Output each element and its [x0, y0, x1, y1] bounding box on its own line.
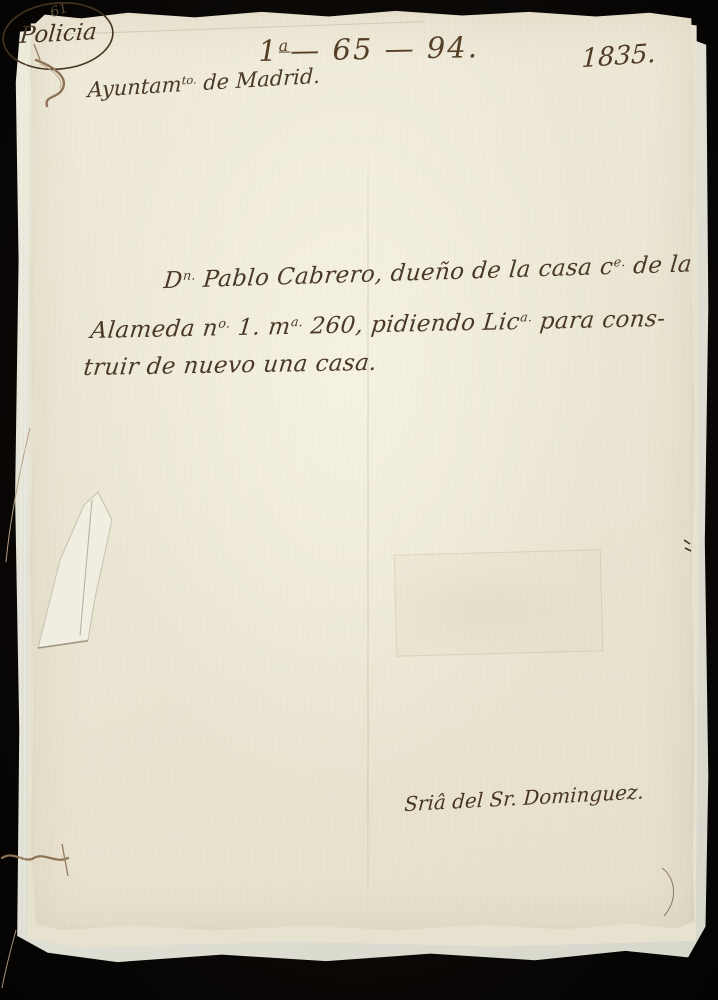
file-reference: 1a— 65 — 94. [258, 30, 479, 68]
file-reference-number: 1 [258, 34, 279, 68]
body-line-3: truir de nuevo una casa. [82, 350, 378, 381]
fold-crease-vertical [367, 128, 369, 928]
loose-thread-left-lower [2, 930, 16, 988]
scanned-document-photo: 61 1a— 65 — 94. 1835. Ayuntamto. de Madr… [0, 0, 718, 1000]
file-reference-ordinal: a [278, 36, 290, 55]
policia-oval-stamp: Policia [0, 0, 119, 75]
file-reference-rest: — 65 — 94. [290, 30, 479, 67]
bleed-through-stamp [394, 549, 604, 656]
year-annotation: 1835. [581, 39, 656, 74]
